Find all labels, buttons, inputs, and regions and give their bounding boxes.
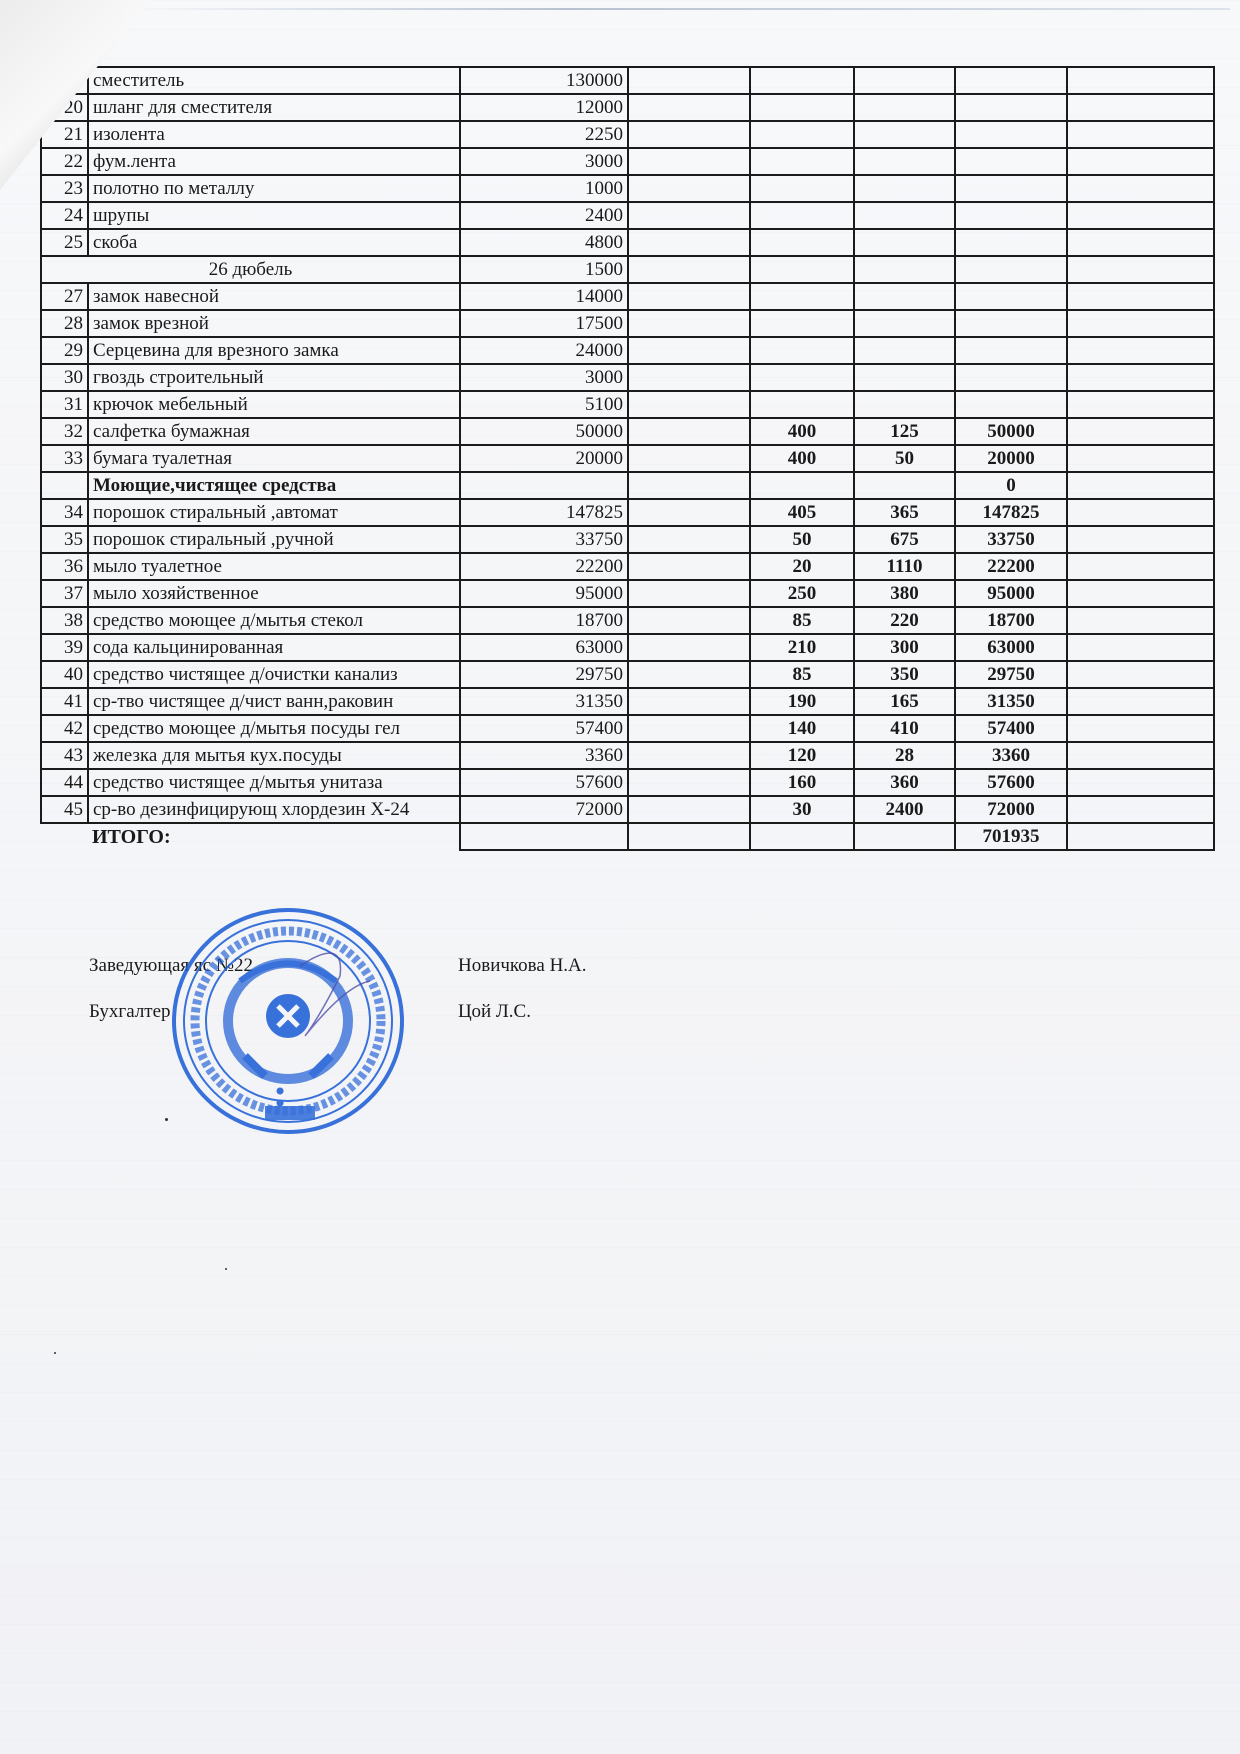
empty-cell xyxy=(1067,796,1214,823)
section-row: Моющие,чистящее средства0 xyxy=(41,472,1214,499)
quantity xyxy=(750,472,854,499)
empty-cell xyxy=(1067,553,1214,580)
line-sum: 57600 xyxy=(955,769,1067,796)
unit-price xyxy=(854,94,955,121)
quantity: 250 xyxy=(750,580,854,607)
table-row: 32салфетка бумажная5000040012550000 xyxy=(41,418,1214,445)
unit-price: 380 xyxy=(854,580,955,607)
row-number xyxy=(41,472,88,499)
unit-price xyxy=(854,67,955,94)
table-row: 28замок врезной17500 xyxy=(41,310,1214,337)
item-name: Серцевина для врезного замка xyxy=(88,337,460,364)
empty-cell xyxy=(1067,526,1214,553)
empty-cell xyxy=(1067,364,1214,391)
accountant-name: Цой Л.С. xyxy=(458,1000,531,1024)
table-row: 41ср-тво чистящее д/чист ванн,раковин313… xyxy=(41,688,1214,715)
empty-cell xyxy=(628,688,750,715)
planned-amount: 3360 xyxy=(460,742,628,769)
table-row: 21изолента2250 xyxy=(41,121,1214,148)
row-number: 35 xyxy=(41,526,88,553)
item-name: порошок стиральный ,ручной xyxy=(88,526,460,553)
planned-amount: 12000 xyxy=(460,94,628,121)
item-name: мыло туалетное xyxy=(88,553,460,580)
empty-cell xyxy=(460,823,628,850)
planned-amount: 14000 xyxy=(460,283,628,310)
empty-cell xyxy=(1067,337,1214,364)
unit-price: 125 xyxy=(854,418,955,445)
table-row: 19сместитель130000 xyxy=(41,67,1214,94)
planned-amount: 22200 xyxy=(460,553,628,580)
table-row: 44средство чистящее д/мытья унитаза57600… xyxy=(41,769,1214,796)
scan-speck xyxy=(165,1118,168,1121)
item-name: мыло хозяйственное xyxy=(88,580,460,607)
scan-edge-line xyxy=(120,8,1230,10)
empty-cell xyxy=(1067,499,1214,526)
table-row: 24шрупы2400 xyxy=(41,202,1214,229)
item-name: сода кальцинированная xyxy=(88,634,460,661)
line-sum xyxy=(955,337,1067,364)
planned-amount: 2400 xyxy=(460,202,628,229)
quantity: 190 xyxy=(750,688,854,715)
item-name: сместитель xyxy=(88,67,460,94)
planned-amount: 63000 xyxy=(460,634,628,661)
line-sum xyxy=(955,94,1067,121)
item-name: средство моющее д/мытья посуды гел xyxy=(88,715,460,742)
unit-price xyxy=(854,283,955,310)
empty-cell xyxy=(1067,67,1214,94)
planned-amount: 20000 xyxy=(460,445,628,472)
unit-price: 165 xyxy=(854,688,955,715)
line-sum xyxy=(955,256,1067,283)
row-number: 33 xyxy=(41,445,88,472)
item-name: замок навесной xyxy=(88,283,460,310)
row-number: 44 xyxy=(41,769,88,796)
line-sum: 33750 xyxy=(955,526,1067,553)
planned-amount: 95000 xyxy=(460,580,628,607)
line-sum: 72000 xyxy=(955,796,1067,823)
table-row: 22фум.лента3000 xyxy=(41,148,1214,175)
empty-cell xyxy=(1067,769,1214,796)
total-sum: 701935 xyxy=(955,823,1067,850)
quantity xyxy=(750,202,854,229)
row-number: 37 xyxy=(41,580,88,607)
table-row: 26 дюбель1500 xyxy=(41,256,1214,283)
empty-cell xyxy=(750,823,854,850)
row-number: 25 xyxy=(41,229,88,256)
empty-cell xyxy=(628,823,750,850)
quantity xyxy=(750,94,854,121)
materials-table: 19сместитель13000020шланг для сместителя… xyxy=(40,66,1215,851)
empty-cell xyxy=(1067,445,1214,472)
empty-cell xyxy=(854,823,955,850)
planned-amount: 31350 xyxy=(460,688,628,715)
unit-price: 220 xyxy=(854,607,955,634)
quantity: 85 xyxy=(750,661,854,688)
table-row: 42средство моющее д/мытья посуды гел5740… xyxy=(41,715,1214,742)
planned-amount: 57400 xyxy=(460,715,628,742)
row-number: 22 xyxy=(41,148,88,175)
planned-amount: 3000 xyxy=(460,148,628,175)
unit-price xyxy=(854,337,955,364)
total-label: ИТОГО: xyxy=(41,823,460,850)
unit-price: 365 xyxy=(854,499,955,526)
planned-amount: 57600 xyxy=(460,769,628,796)
empty-cell xyxy=(628,256,750,283)
item-name: бумага туалетная xyxy=(88,445,460,472)
empty-cell xyxy=(628,229,750,256)
row-number: 28 xyxy=(41,310,88,337)
unit-price: 50 xyxy=(854,445,955,472)
quantity: 30 xyxy=(750,796,854,823)
row-number: 31 xyxy=(41,391,88,418)
quantity xyxy=(750,391,854,418)
empty-cell xyxy=(1067,418,1214,445)
planned-amount: 3000 xyxy=(460,364,628,391)
table-row: 37мыло хозяйственное9500025038095000 xyxy=(41,580,1214,607)
item-name: фум.лента xyxy=(88,148,460,175)
empty-cell xyxy=(628,715,750,742)
empty-cell xyxy=(628,526,750,553)
quantity xyxy=(750,283,854,310)
table-row: 23полотно по металлу1000 xyxy=(41,175,1214,202)
row-number: 27 xyxy=(41,283,88,310)
empty-cell xyxy=(1067,472,1214,499)
empty-cell xyxy=(1067,94,1214,121)
item-name: гвоздь строительный xyxy=(88,364,460,391)
row-number: 24 xyxy=(41,202,88,229)
empty-cell xyxy=(628,445,750,472)
unit-price xyxy=(854,202,955,229)
quantity xyxy=(750,148,854,175)
empty-cell xyxy=(628,202,750,229)
line-sum: 0 xyxy=(955,472,1067,499)
table-row: 39сода кальцинированная6300021030063000 xyxy=(41,634,1214,661)
empty-cell xyxy=(628,796,750,823)
unit-price: 675 xyxy=(854,526,955,553)
quantity xyxy=(750,337,854,364)
planned-amount: 29750 xyxy=(460,661,628,688)
quantity: 85 xyxy=(750,607,854,634)
line-sum: 63000 xyxy=(955,634,1067,661)
row-number: 32 xyxy=(41,418,88,445)
table-row: 43железка для мытья кух.посуды3360120283… xyxy=(41,742,1214,769)
empty-cell xyxy=(1067,607,1214,634)
line-sum xyxy=(955,148,1067,175)
quantity: 405 xyxy=(750,499,854,526)
quantity: 210 xyxy=(750,634,854,661)
empty-cell xyxy=(1067,634,1214,661)
item-name: шланг для сместителя xyxy=(88,94,460,121)
line-sum xyxy=(955,310,1067,337)
empty-cell xyxy=(1067,688,1214,715)
row-number: 23 xyxy=(41,175,88,202)
line-sum: 31350 xyxy=(955,688,1067,715)
table-row: 45ср-во дезинфицирующ хлордезин Х-247200… xyxy=(41,796,1214,823)
line-sum: 18700 xyxy=(955,607,1067,634)
unit-price xyxy=(854,121,955,148)
table-row: 40средство чистящее д/очистки канализ297… xyxy=(41,661,1214,688)
item-name: средство чистящее д/очистки канализ xyxy=(88,661,460,688)
planned-amount: 5100 xyxy=(460,391,628,418)
row-number: 38 xyxy=(41,607,88,634)
table-row: 34порошок стиральный ,автомат14782540536… xyxy=(41,499,1214,526)
unit-price: 28 xyxy=(854,742,955,769)
unit-price xyxy=(854,148,955,175)
table-row: 35порошок стиральный ,ручной337505067533… xyxy=(41,526,1214,553)
empty-cell xyxy=(1067,823,1214,850)
planned-amount: 33750 xyxy=(460,526,628,553)
item-name: изолента xyxy=(88,121,460,148)
planned-amount: 147825 xyxy=(460,499,628,526)
table-row: 30гвоздь строительный3000 xyxy=(41,364,1214,391)
unit-price: 2400 xyxy=(854,796,955,823)
empty-cell xyxy=(1067,715,1214,742)
item-name: замок врезной xyxy=(88,310,460,337)
quantity xyxy=(750,67,854,94)
quantity xyxy=(750,121,854,148)
planned-amount: 24000 xyxy=(460,337,628,364)
line-sum xyxy=(955,121,1067,148)
empty-cell xyxy=(628,769,750,796)
row-number: 36 xyxy=(41,553,88,580)
empty-cell xyxy=(1067,391,1214,418)
planned-amount xyxy=(460,472,628,499)
row-number: 41 xyxy=(41,688,88,715)
quantity: 20 xyxy=(750,553,854,580)
empty-cell xyxy=(628,418,750,445)
quantity xyxy=(750,175,854,202)
empty-cell xyxy=(1067,256,1214,283)
empty-cell xyxy=(1067,121,1214,148)
unit-price xyxy=(854,391,955,418)
empty-cell xyxy=(628,337,750,364)
empty-cell xyxy=(628,94,750,121)
unit-price: 350 xyxy=(854,661,955,688)
empty-cell xyxy=(1067,283,1214,310)
item-name: шрупы xyxy=(88,202,460,229)
empty-cell xyxy=(628,175,750,202)
empty-cell xyxy=(628,310,750,337)
unit-price xyxy=(854,472,955,499)
empty-cell xyxy=(628,607,750,634)
empty-cell xyxy=(1067,202,1214,229)
table-row: 31крючок мебельный5100 xyxy=(41,391,1214,418)
table-row: 29Серцевина для врезного замка24000 xyxy=(41,337,1214,364)
line-sum xyxy=(955,202,1067,229)
empty-cell xyxy=(1067,148,1214,175)
empty-cell xyxy=(628,742,750,769)
quantity: 50 xyxy=(750,526,854,553)
table-row: 20шланг для сместителя12000 xyxy=(41,94,1214,121)
line-sum: 147825 xyxy=(955,499,1067,526)
empty-cell xyxy=(628,580,750,607)
item-name: салфетка бумажная xyxy=(88,418,460,445)
planned-amount: 72000 xyxy=(460,796,628,823)
empty-cell xyxy=(628,283,750,310)
empty-cell xyxy=(1067,661,1214,688)
item-name: железка для мытья кух.посуды xyxy=(88,742,460,769)
quantity: 400 xyxy=(750,445,854,472)
quantity xyxy=(750,256,854,283)
planned-amount: 2250 xyxy=(460,121,628,148)
row-number: 42 xyxy=(41,715,88,742)
quantity xyxy=(750,310,854,337)
item-name: полотно по металлу xyxy=(88,175,460,202)
table-row: 25скоба4800 xyxy=(41,229,1214,256)
empty-cell xyxy=(1067,580,1214,607)
item-name: средство моющее д/мытья стекол xyxy=(88,607,460,634)
planned-amount: 50000 xyxy=(460,418,628,445)
row-number: 34 xyxy=(41,499,88,526)
quantity xyxy=(750,229,854,256)
table-row: 33бумага туалетная200004005020000 xyxy=(41,445,1214,472)
empty-cell xyxy=(628,148,750,175)
line-sum xyxy=(955,283,1067,310)
planned-amount: 1500 xyxy=(460,256,628,283)
scan-speck xyxy=(54,1352,56,1354)
item-name: средство чистящее д/мытья унитаза xyxy=(88,769,460,796)
item-name: ср-тво чистящее д/чист ванн,раковин xyxy=(88,688,460,715)
empty-cell xyxy=(628,67,750,94)
planned-amount: 130000 xyxy=(460,67,628,94)
table-row: 36мыло туалетное2220020111022200 xyxy=(41,553,1214,580)
row-number: 40 xyxy=(41,661,88,688)
line-sum xyxy=(955,67,1067,94)
table-row: 38средство моющее д/мытья стекол18700852… xyxy=(41,607,1214,634)
empty-cell xyxy=(1067,310,1214,337)
planned-amount: 1000 xyxy=(460,175,628,202)
quantity xyxy=(750,364,854,391)
empty-cell xyxy=(628,364,750,391)
scan-speck xyxy=(225,1268,227,1270)
empty-cell xyxy=(628,121,750,148)
table-row: 27замок навесной14000 xyxy=(41,283,1214,310)
accountant-title: Бухгалтер xyxy=(89,1000,171,1024)
row-number: 43 xyxy=(41,742,88,769)
unit-price: 1110 xyxy=(854,553,955,580)
line-sum xyxy=(955,391,1067,418)
line-sum xyxy=(955,229,1067,256)
line-sum: 95000 xyxy=(955,580,1067,607)
item-name: ср-во дезинфицирующ хлордезин Х-24 xyxy=(88,796,460,823)
unit-price: 410 xyxy=(854,715,955,742)
row-number: 45 xyxy=(41,796,88,823)
line-sum: 3360 xyxy=(955,742,1067,769)
line-sum xyxy=(955,364,1067,391)
empty-cell xyxy=(628,634,750,661)
empty-cell xyxy=(628,553,750,580)
item-name: 26 дюбель xyxy=(41,256,460,283)
quantity: 120 xyxy=(750,742,854,769)
official-seal-emblem-icon xyxy=(170,906,406,1136)
line-sum: 50000 xyxy=(955,418,1067,445)
unit-price xyxy=(854,364,955,391)
empty-cell xyxy=(628,499,750,526)
row-number: 29 xyxy=(41,337,88,364)
empty-cell xyxy=(1067,742,1214,769)
unit-price: 360 xyxy=(854,769,955,796)
unit-price xyxy=(854,256,955,283)
item-name: крючок мебельный xyxy=(88,391,460,418)
unit-price xyxy=(854,229,955,256)
empty-cell xyxy=(628,472,750,499)
head-name: Новичкова Н.А. xyxy=(458,954,587,978)
planned-amount: 4800 xyxy=(460,229,628,256)
empty-cell xyxy=(1067,175,1214,202)
unit-price xyxy=(854,310,955,337)
planned-amount: 17500 xyxy=(460,310,628,337)
empty-cell xyxy=(628,391,750,418)
line-sum xyxy=(955,175,1067,202)
scanned-page: 19сместитель13000020шланг для сместителя… xyxy=(0,0,1240,1754)
row-number: 30 xyxy=(41,364,88,391)
line-sum: 22200 xyxy=(955,553,1067,580)
quantity: 400 xyxy=(750,418,854,445)
total-row: ИТОГО:701935 xyxy=(41,823,1214,850)
item-name: скоба xyxy=(88,229,460,256)
planned-amount: 18700 xyxy=(460,607,628,634)
line-sum: 20000 xyxy=(955,445,1067,472)
unit-price: 300 xyxy=(854,634,955,661)
line-sum: 57400 xyxy=(955,715,1067,742)
empty-cell xyxy=(1067,229,1214,256)
line-sum: 29750 xyxy=(955,661,1067,688)
quantity: 160 xyxy=(750,769,854,796)
row-number: 39 xyxy=(41,634,88,661)
quantity: 140 xyxy=(750,715,854,742)
table-body: 19сместитель13000020шланг для сместителя… xyxy=(41,67,1214,850)
empty-cell xyxy=(628,661,750,688)
section-title: Моющие,чистящее средства xyxy=(88,472,460,499)
unit-price xyxy=(854,175,955,202)
item-name: порошок стиральный ,автомат xyxy=(88,499,460,526)
